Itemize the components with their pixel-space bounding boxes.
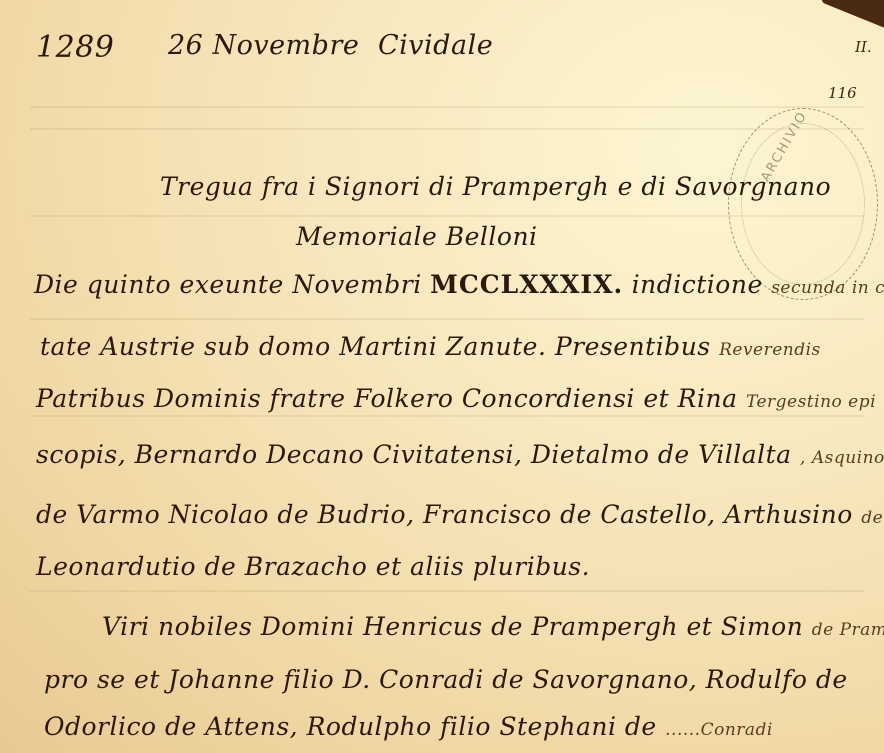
document-subtitle: Memoriale Belloni — [296, 222, 538, 251]
page-corner-shadow — [820, 0, 884, 35]
text-line-6: Leonardutio de Brazacho et aliis pluribu… — [36, 552, 590, 581]
document-year: 1289 — [36, 30, 114, 65]
text-line-9-margin: ......Conradi — [665, 720, 773, 740]
page-number-folio: 116 — [828, 84, 857, 102]
text-line-6-main: Leonardutio de Brazacho et aliis pluribu… — [36, 552, 590, 581]
bleed-through-line — [30, 128, 864, 130]
text-line-8: pro se et Johanne filio D. Conradi de Sa… — [44, 665, 848, 694]
text-line-7-main: Viri nobiles Domini Henricus de Pramperg… — [102, 612, 803, 641]
text-line-3-main: Patribus Dominis fratre Folkero Concordi… — [36, 384, 737, 413]
text-line-5: de Varmo Nicolao de Budrio, Francisco de… — [36, 500, 884, 529]
document-title: Tregua fra i Signori di Prampergh e di S… — [160, 172, 831, 201]
text-line-9-main: Odorlico de Attens, Rodulpho filio Steph… — [44, 712, 657, 741]
text-line-4-margin: , Asquino — [800, 448, 884, 468]
bleed-through-line — [30, 318, 864, 320]
text-line-2-main: tate Austrie sub domo Martini Zanute. Pr… — [40, 332, 711, 361]
page-number-roman: II. — [855, 38, 872, 56]
bleed-through-line — [30, 590, 864, 592]
text-line-5-margin: de Villalta — [861, 508, 884, 528]
text-line-9: Odorlico de Attens, Rodulpho filio Steph… — [44, 712, 773, 741]
text-line-8-main: pro se et Johanne filio D. Conradi de Sa… — [44, 665, 848, 694]
text-line-7: Viri nobiles Domini Henricus de Pramperg… — [102, 612, 884, 641]
text-line-1-start: Die quinto exeunte Novembri — [34, 270, 430, 299]
document-date: 26 Novembre — [168, 30, 359, 61]
bleed-through-line — [30, 106, 864, 108]
text-line-3: Patribus Dominis fratre Folkero Concordi… — [36, 384, 876, 413]
manuscript-page: 1289 26 Novembre Cividale II. 116 ARCHIV… — [0, 0, 884, 753]
text-line-1: Die quinto exeunte Novembri MCCLXXXIX. i… — [34, 270, 884, 299]
text-line-1-end: indictione — [623, 270, 763, 299]
text-line-4-main: scopis, Bernardo Decano Civitatensi, Die… — [36, 440, 792, 469]
text-line-5-main: de Varmo Nicolao de Budrio, Francisco de… — [36, 500, 853, 529]
text-line-1-margin: secunda in civi — [771, 278, 884, 298]
document-place: Cividale — [378, 30, 493, 61]
text-line-7-margin: de Prampe — [812, 620, 884, 640]
archive-stamp-inner-ring — [741, 123, 865, 285]
text-line-2: tate Austrie sub domo Martini Zanute. Pr… — [40, 332, 821, 361]
text-line-3-margin: Tergestino epi — [746, 392, 876, 412]
text-line-4: scopis, Bernardo Decano Civitatensi, Die… — [36, 440, 884, 469]
roman-year: MCCLXXXIX. — [430, 270, 623, 299]
text-line-2-margin: Reverendis — [719, 340, 821, 360]
bleed-through-line — [30, 415, 864, 417]
